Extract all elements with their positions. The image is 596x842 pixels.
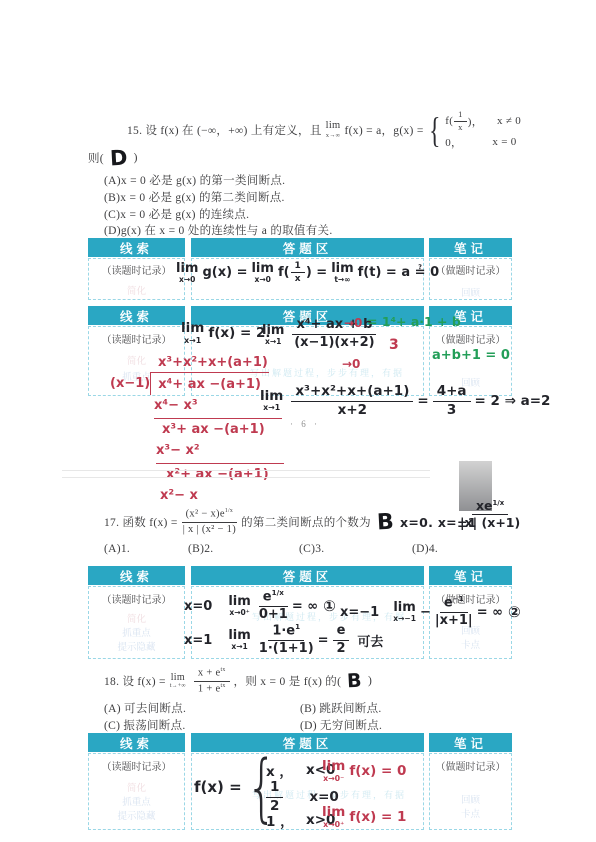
q15-text-1: 15. 设 f(x) 在 (−∞，+∞) 上有定义，且: [127, 122, 322, 138]
ld-quotient: x³+x²+x+(a+1): [110, 352, 284, 373]
q15-case-2: 0， x = 0: [445, 134, 521, 150]
q15-cases-brace: {: [429, 109, 440, 151]
q15-case1-frac: 1 x: [454, 110, 467, 133]
circled-2: ②: [508, 603, 521, 621]
scan-rule-1: [62, 470, 430, 471]
t4-hw-fx: f(x) =: [194, 778, 242, 796]
q15-handwritten-answer: D: [109, 146, 128, 171]
q15-option-a: (A)x = 0 必是 g(x) 的第一类间断点.: [104, 172, 285, 188]
q15-cases: f( 1 x )， x ≠ 0 0， x = 0: [445, 110, 521, 151]
ld-line-3: x³− x²: [110, 440, 284, 464]
q18-option-b: (B) 跳跃间断点.: [300, 700, 382, 716]
t3-cell-clue: （读题时记录） 简化 抓重点 提示隐藏: [88, 586, 185, 659]
t2-hw-final-limit: limx→1 x³+x²+x+(a+1)x+2 = 4+a3 = 2 ⇒ a=2: [256, 384, 550, 418]
q15-lim: lim x→∞: [326, 121, 341, 139]
q17-fraction: (x² − x)e1/x | x | (x² − 1): [182, 508, 237, 536]
t4-header-clue: 线索: [88, 733, 185, 752]
q18-option-d: (D) 无穷间断点.: [300, 717, 382, 733]
t3-hw-row3: x=1 limx→1 1·e11·(1+1) = e2 可去: [184, 623, 383, 657]
q17-option-b: (B)2.: [188, 543, 213, 555]
t2-hw-green-eq: = 1⁴+ a·1 + b: [367, 314, 461, 329]
scanned-workbook-page: 15. 设 f(x) 在 (−∞，+∞) 上有定义，且 lim x→∞ f(x)…: [0, 0, 596, 842]
q15-option-c: (C)x = 0 必是 g(x) 的连续点.: [104, 206, 249, 222]
t2-hw-arrow-bottom: →0: [342, 357, 360, 371]
t2-header-clue: 线索: [88, 306, 185, 325]
q18-handwritten-answer: B: [347, 670, 363, 693]
t4-hw-right-limit: limx→0⁺ f(x) = 1: [318, 806, 406, 828]
t2-long-division: x³+x²+x+(a+1) (x−1) x⁴+ ax −(a+1) x⁴− x³…: [110, 352, 284, 506]
t3-hw-row1: x=0 limx→0⁺ e1/x0+1 = ∞ ①: [184, 589, 336, 623]
t1-header-answer: 答题区: [191, 238, 424, 257]
t1-cell-clue: （读题时记录） 简化: [88, 258, 185, 300]
t3-header-note: 笔记: [429, 566, 512, 585]
t1-header-clue: 线索: [88, 238, 185, 257]
q17-handwritten-answer: B: [376, 509, 394, 535]
problem-18-statement: 18. 设 f(x) = limt→+∞ x + etx 1 + etx ，则 …: [104, 666, 372, 696]
q18-option-a: (A) 可去间断点.: [104, 700, 186, 716]
t4-cell-note: （做题时记录） 回顾 卡点: [429, 753, 512, 830]
circled-1: ①: [323, 597, 336, 615]
q17-option-a: (A)1.: [104, 543, 130, 555]
ld-dividend: x⁴+ ax −(a+1): [150, 372, 269, 395]
t2-hw-given-limit: limx→1 f(x) = 2.: [177, 322, 270, 344]
t2-note-green: a+b+1 = 0: [432, 348, 510, 363]
t1-cell-note: （做题时记录） 回顾: [429, 258, 512, 300]
t2-hw-arrow-top: →0: [344, 316, 362, 330]
t4-hw-left-limit: limx→0⁻ f(x) = 0: [318, 760, 406, 782]
q15-option-b: (B)x = 0 必是 g(x) 的第二类间断点.: [104, 189, 285, 205]
t4-cell-clue: （读题时记录） 简化 抓重点 提示隐藏: [88, 753, 185, 830]
t4-header-note: 笔记: [429, 733, 512, 752]
q18-option-c: (C) 振荡间断点.: [104, 717, 186, 733]
problem-15-answer-line: 则( D ): [88, 146, 138, 170]
q15-text-2: f(x) = a，g(x) =: [345, 122, 424, 138]
ld-line-2: x³+ ax −(a+1): [110, 419, 284, 440]
problem-17-statement: 17. 函数 f(x) = (x² − x)e1/x | x | (x² − 1…: [104, 506, 477, 538]
q17-option-c: (C)3.: [299, 543, 324, 555]
scan-rule-2: [62, 477, 430, 478]
t4-header-answer: 答题区: [191, 733, 424, 752]
t1-header-note: 笔记: [429, 238, 512, 257]
t1-handwriting: limx→0 g(x) = limx→0 f( 1x ) = limt→∞ f(…: [172, 261, 439, 285]
q17-hw-fraction: xe1/x |x| (x+1): [456, 498, 524, 531]
q18-fraction: x + etx 1 + etx: [194, 667, 230, 695]
t3-header-answer: 答题区: [191, 566, 424, 585]
problem-15-statement: 15. 设 f(x) 在 (−∞，+∞) 上有定义，且 lim x→∞ f(x)…: [127, 112, 521, 148]
q15-case-1: f( 1 x )， x ≠ 0: [445, 110, 521, 133]
ld-line-4: x²+ ax −(a+1): [110, 464, 284, 485]
t3-header-clue: 线索: [88, 566, 185, 585]
q15-option-d: (D)g(x) 在 x = 0 处的连续性与 a 的取值有关.: [104, 222, 333, 238]
ld-line-5: x²− x: [110, 485, 284, 506]
page-number: · 6 ·: [290, 419, 320, 429]
q17-option-d: (D)4.: [412, 543, 438, 555]
t2-hw-red-three: 3: [389, 337, 399, 353]
